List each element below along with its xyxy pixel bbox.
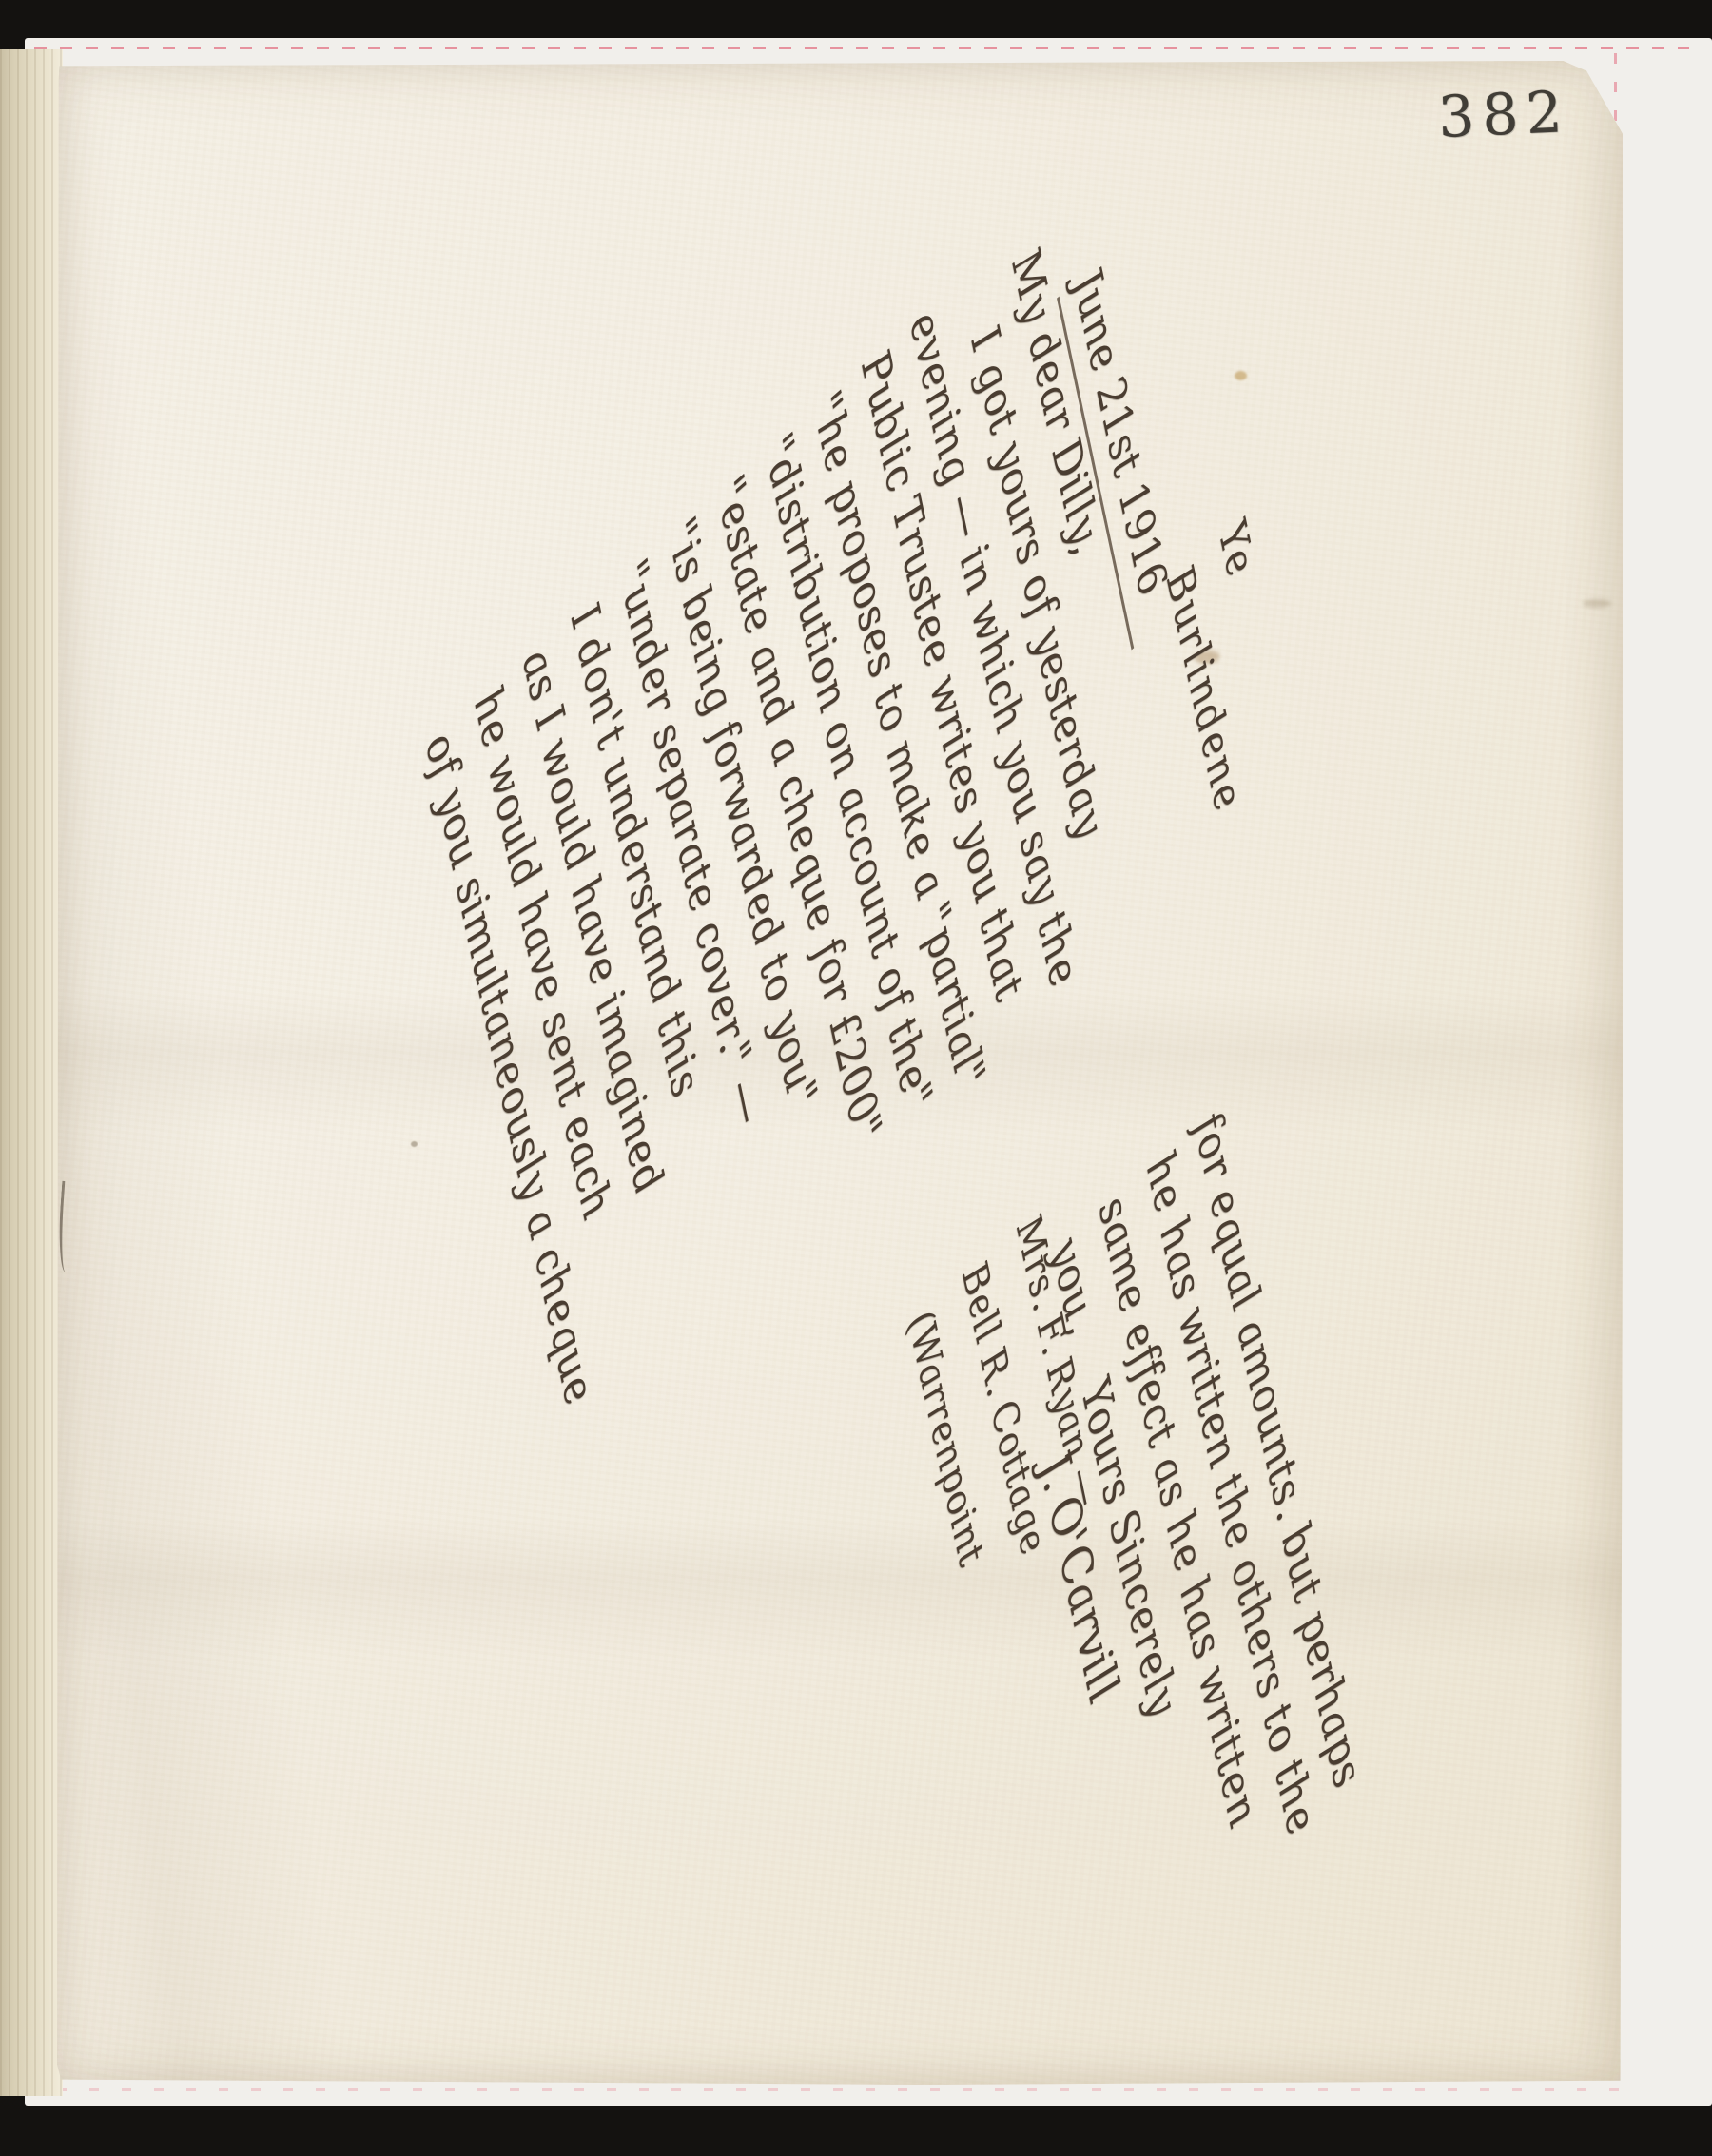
letter-page: 382 June 21st 1916 My dear Dilly, I got …	[57, 61, 1623, 2085]
page-number-stamp: 382	[1437, 79, 1571, 151]
edge-smudge	[1583, 599, 1611, 608]
foxing-spot	[1235, 371, 1247, 380]
scanned-album-page: 382 June 21st 1916 My dear Dilly, I got …	[0, 0, 1712, 2156]
red-ruled-line-top	[34, 47, 1689, 49]
paper-speck	[411, 1141, 418, 1147]
red-ruled-line-bottom	[57, 2088, 1626, 2091]
binding-fiber	[56, 1181, 75, 1273]
book-page-edges	[0, 49, 63, 2096]
